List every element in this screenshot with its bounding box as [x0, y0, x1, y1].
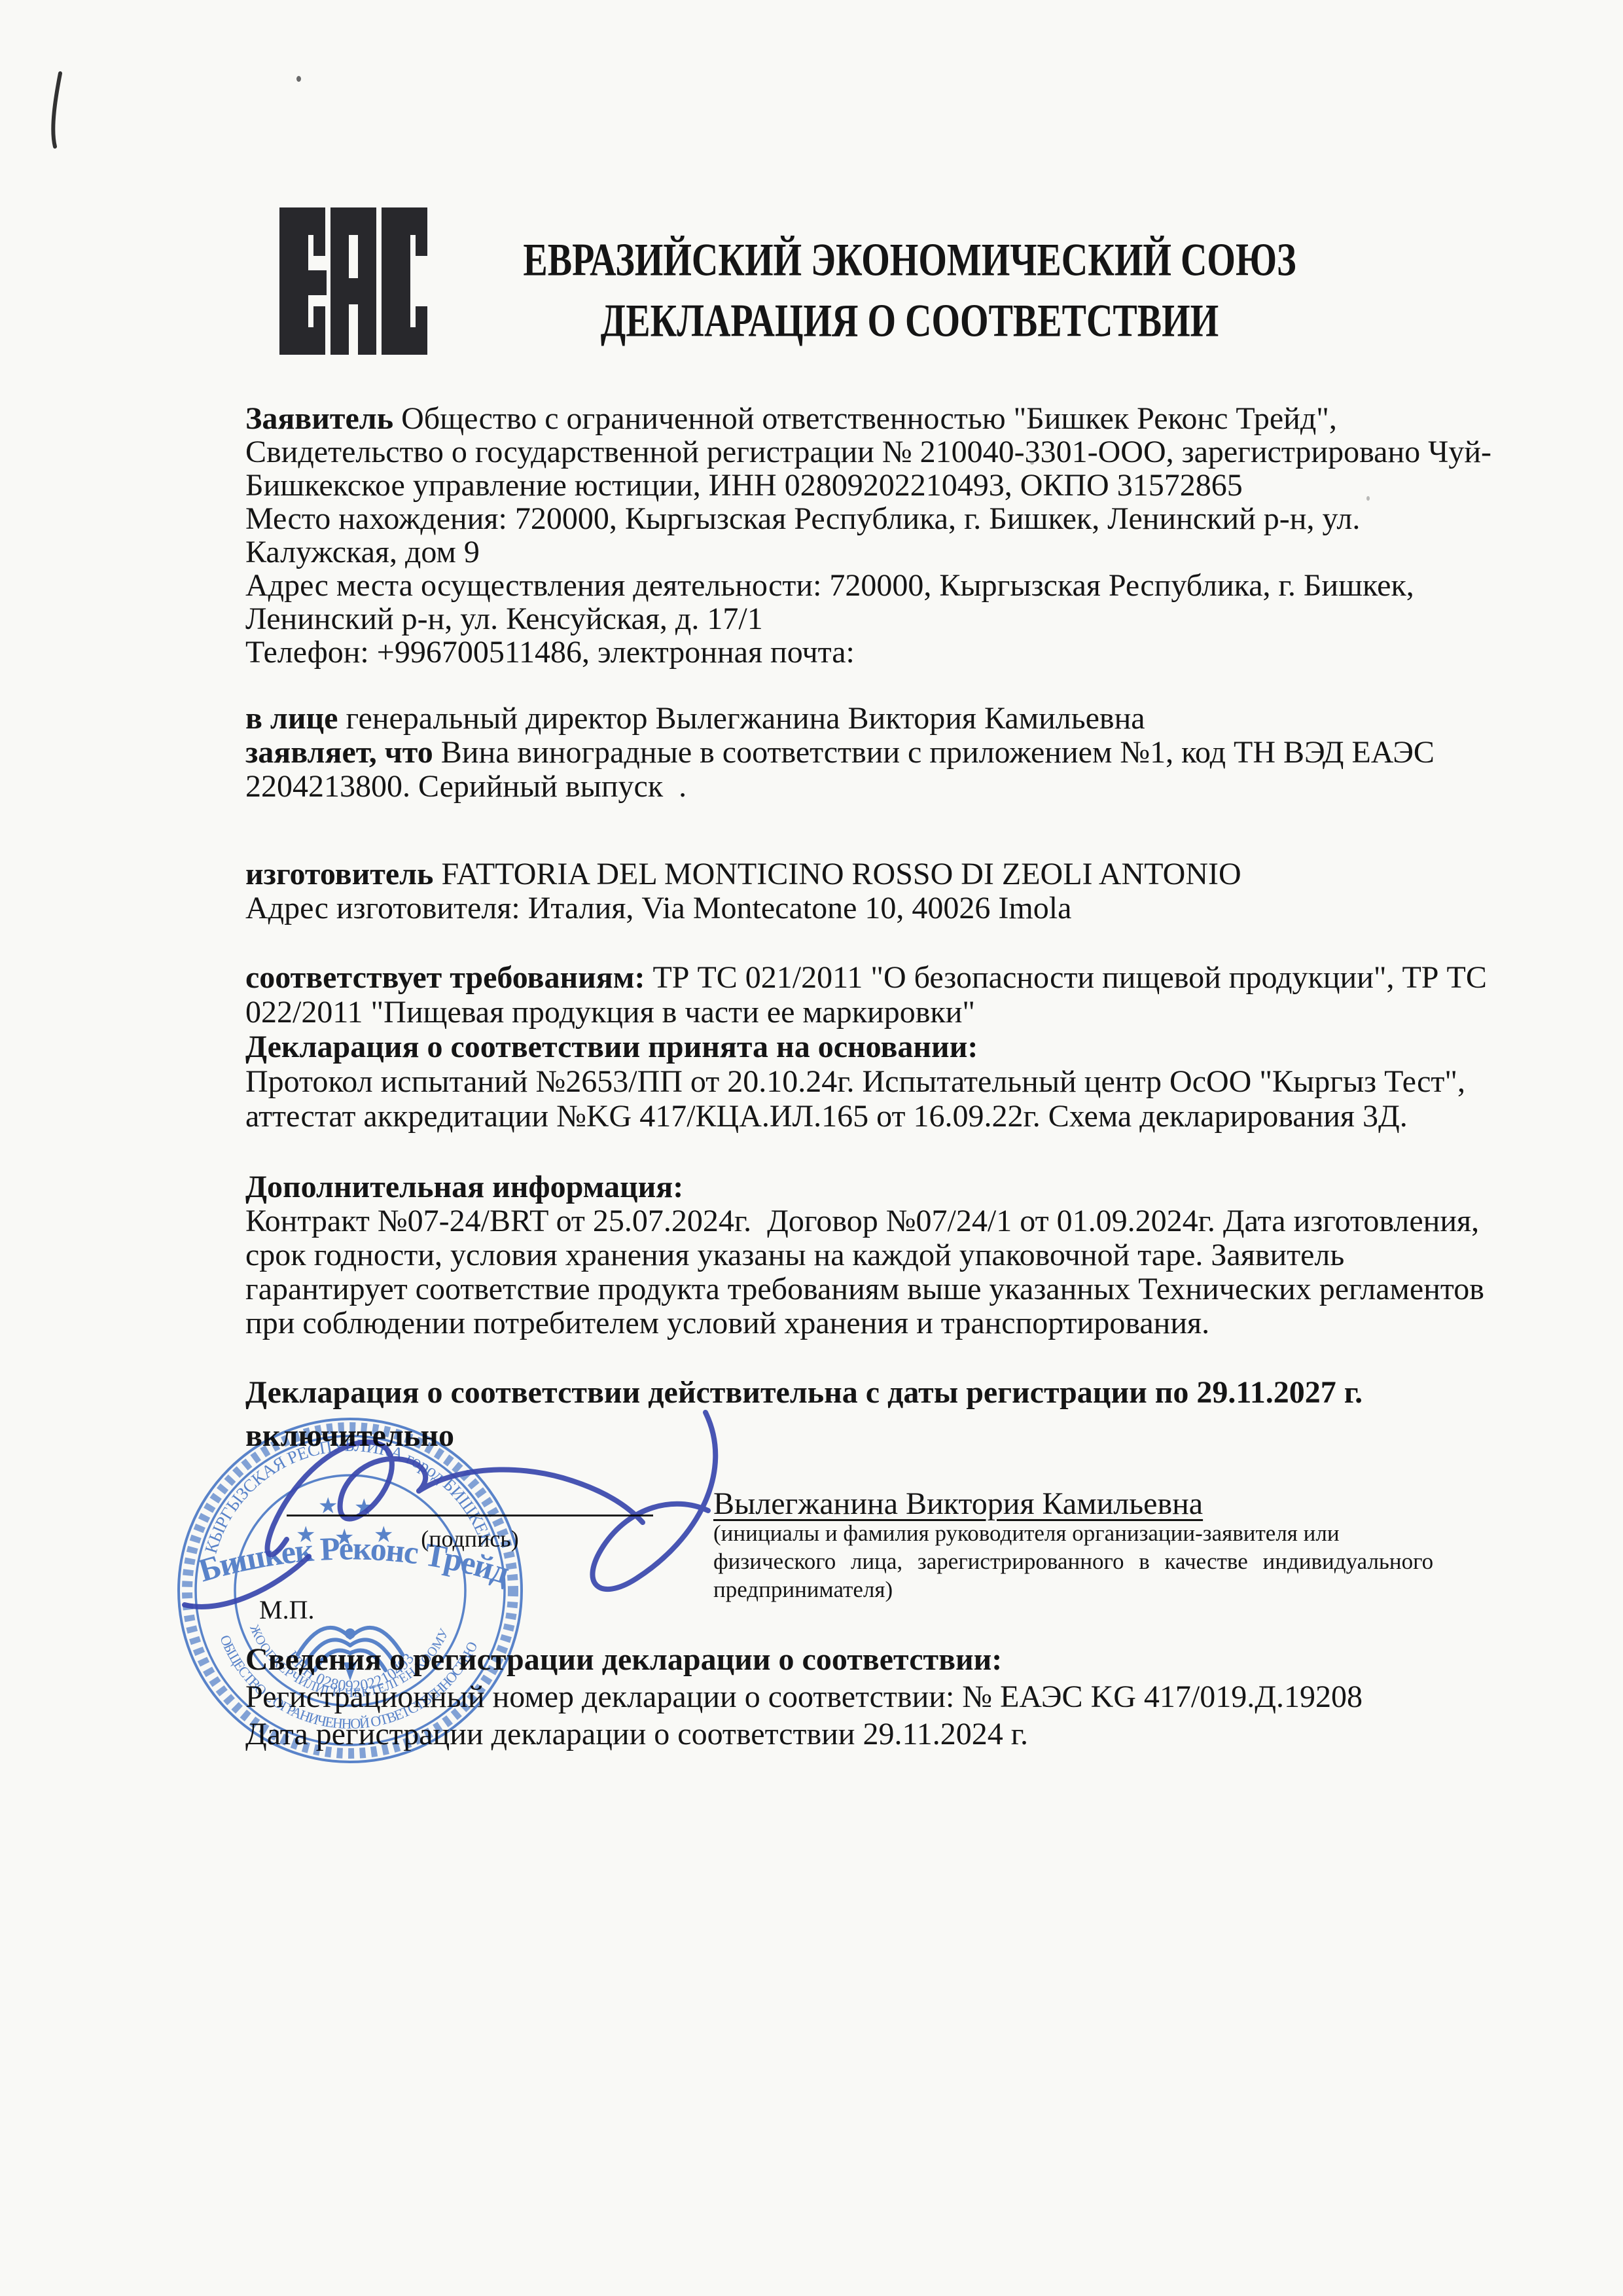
stamp-and-signature-overlay: КЫРГЫЗСКАЯ РЕСПУБЛИКА город БИШКЕК ОБЩЕС…	[0, 0, 1623, 2296]
star-icon: ★	[296, 1522, 315, 1548]
star-icon: ★	[318, 1493, 338, 1519]
star-icon: ★	[334, 1524, 354, 1551]
star-icon: ★	[374, 1522, 393, 1548]
declaration-document: ЕВРАЗИЙСКИЙ ЭКОНОМИЧЕСКИЙ СОЮЗ ДЕКЛАРАЦИ…	[0, 0, 1623, 2296]
pen-mark	[53, 73, 60, 147]
